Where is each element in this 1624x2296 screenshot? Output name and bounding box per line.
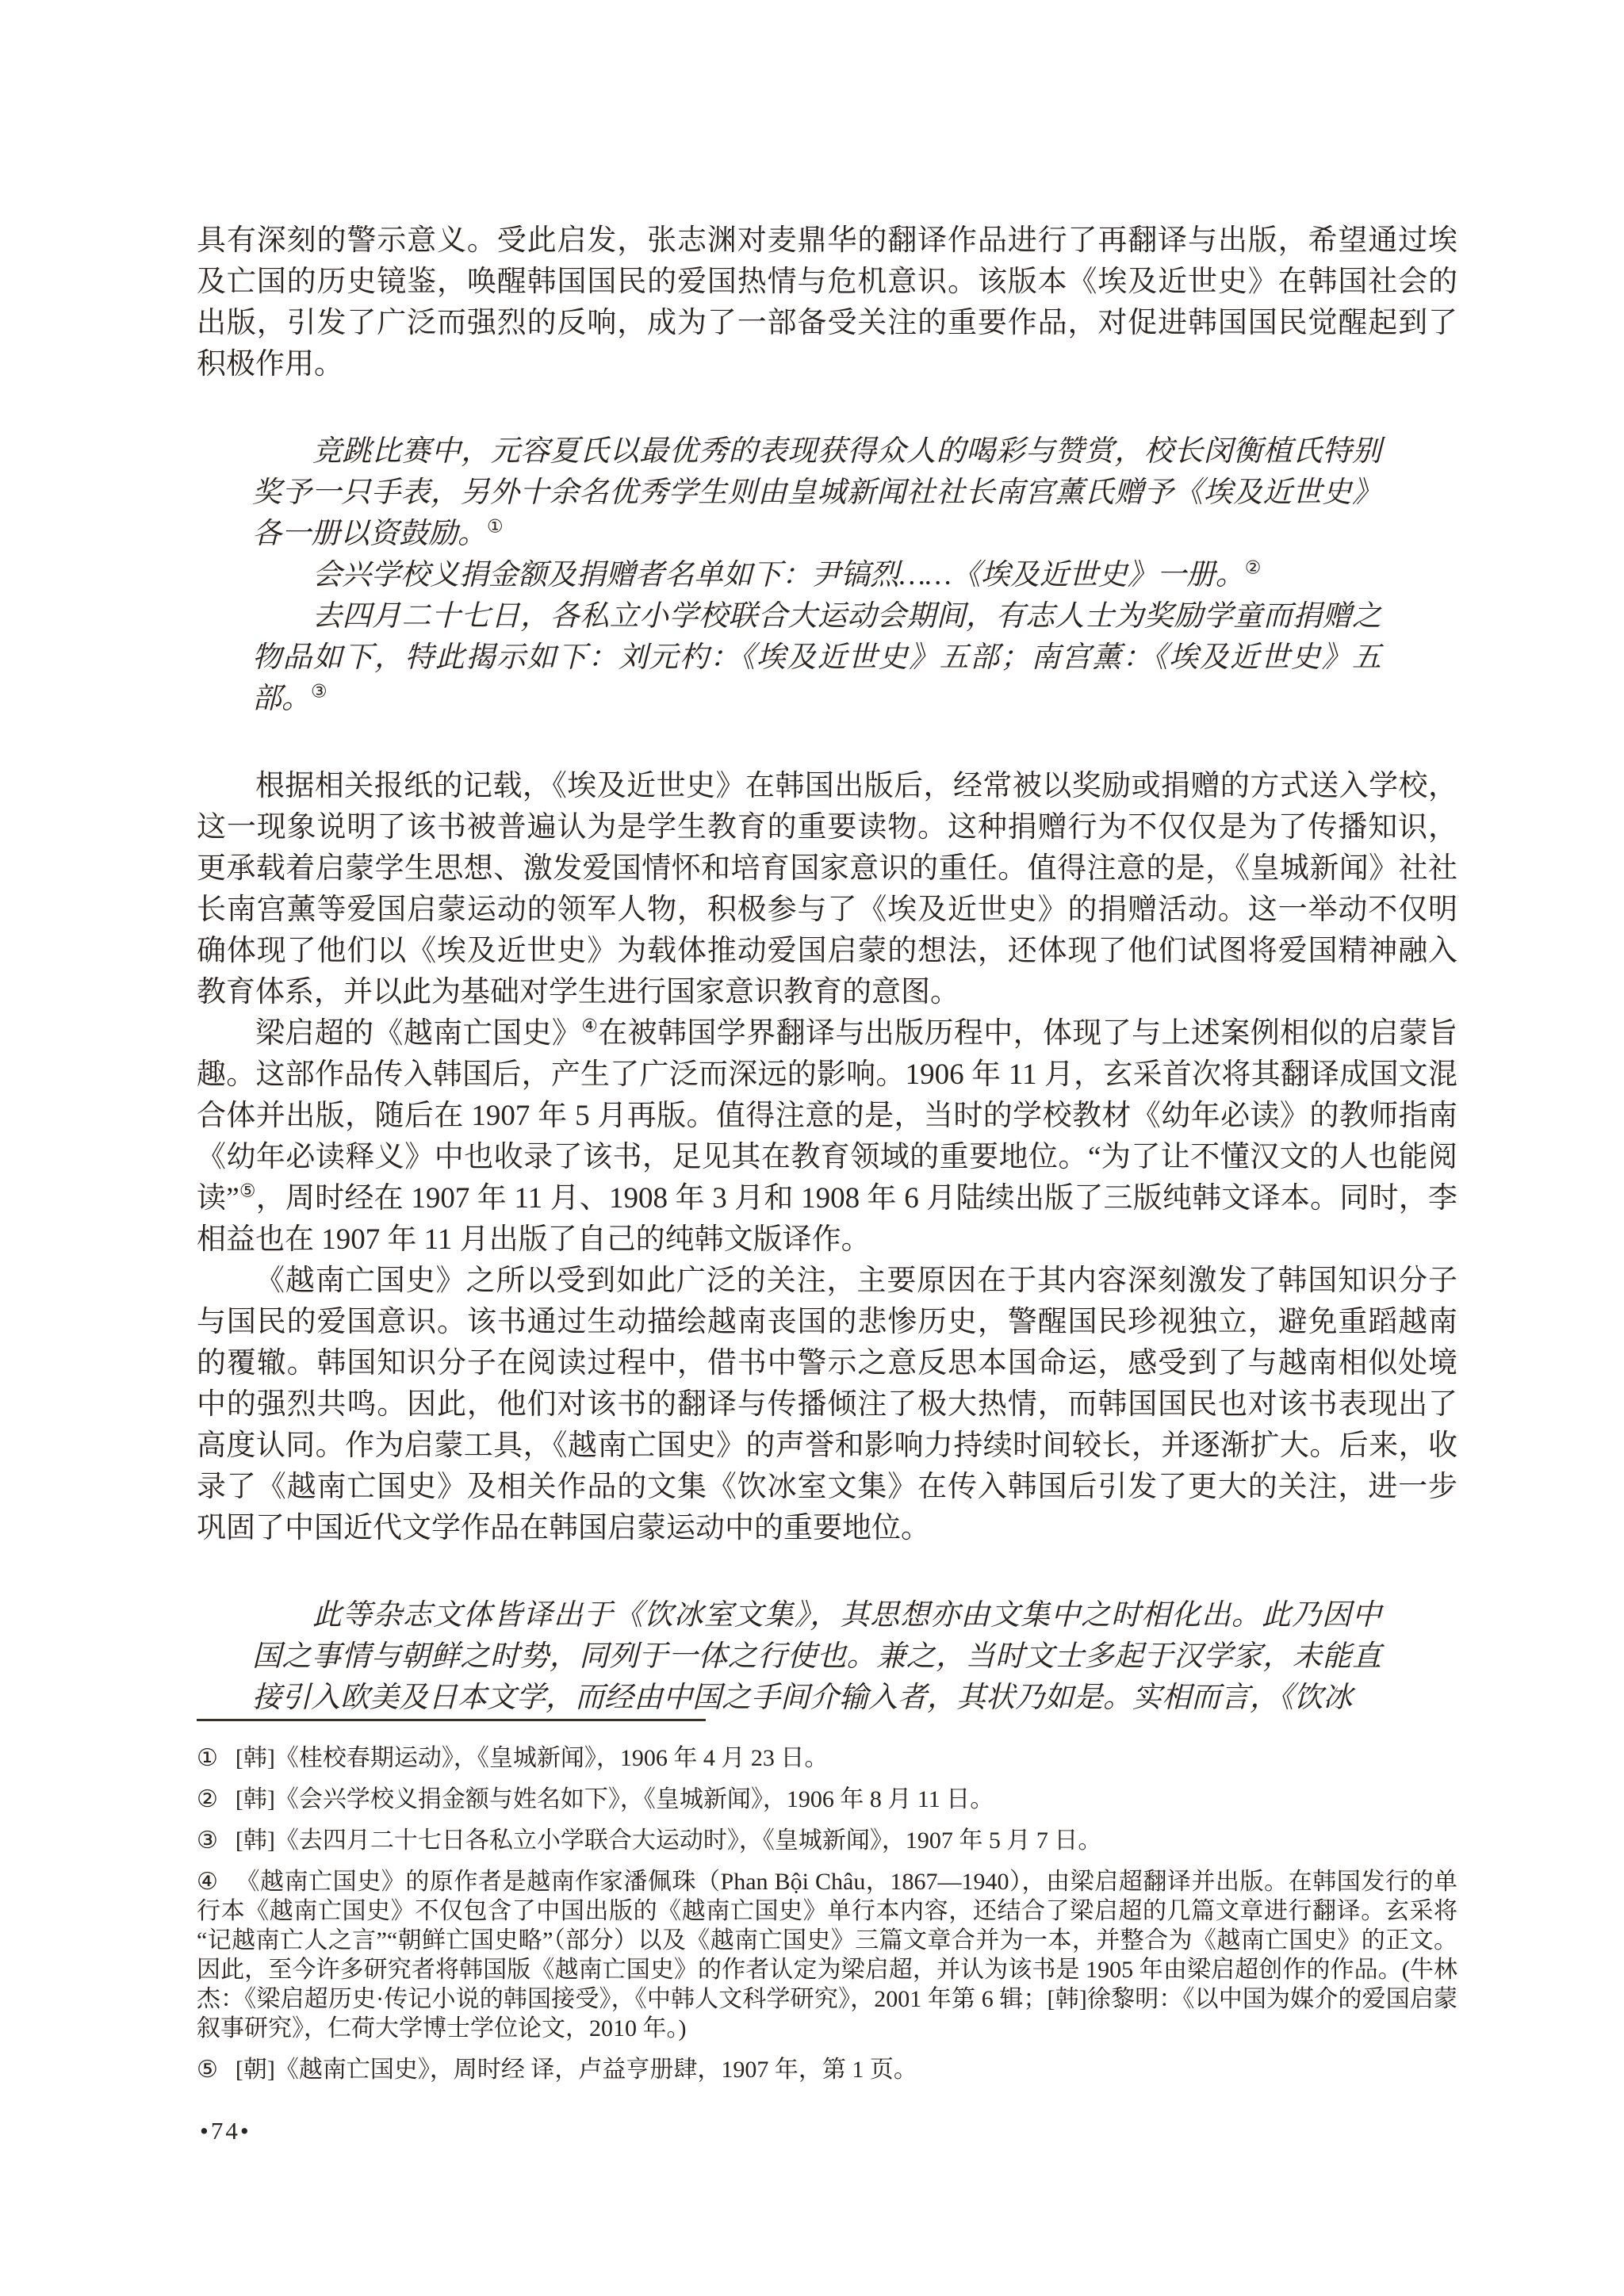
page-body-text: 具有深刻的警示意义。受此启发，张志渊对麦鼎华的翻译作品进行了再翻译与出版，希望通… (197, 220, 1457, 1765)
footnote-item: ①[韩]《桂校春期运动》，《皇城新闻》，1906 年 4 月 23 日。 (197, 1743, 1457, 1773)
footnote-number: ① (197, 1745, 218, 1771)
footnote-text: [韩]《会兴学校义捐金额与姓名如下》，《皇城新闻》，1906 年 8 月 11 … (236, 1786, 994, 1812)
footnote-item: ②[韩]《会兴学校义捐金额与姓名如下》，《皇城新闻》，1906 年 8 月 11… (197, 1785, 1457, 1814)
quote-paragraph: 此等杂志文体皆译出于《饮冰室文集》，其思想亦由文集中之时相化出。此乃因中国之事情… (252, 1595, 1381, 1719)
footnote-ref-1: ① (487, 517, 504, 537)
paragraph-text: ，周时经在 1907 年 11 月、1908 年 3 月和 1908 年 6 月… (197, 1182, 1457, 1256)
footnote-item: ⑤[朝]《越南亡国史》，周时经 译，卢益亨册肆，1907 年，第 1 页。 (197, 2055, 1457, 2084)
footnote-text: [朝]《越南亡国史》，周时经 译，卢益亨册肆，1907 年，第 1 页。 (236, 2057, 917, 2083)
paragraph-vietnam-history: 《越南亡国史》之所以受到如此广泛的关注，主要原因在于其内容深刻激发了韩国知识分子… (197, 1261, 1457, 1549)
quote-paragraph: 去四月二十七日，各私立小学校联合大运动会期间，有志人士为奖励学童而捐赠之物品如下… (252, 596, 1381, 720)
footnote-number: ⑤ (197, 2057, 218, 2083)
blockquote-egypt-history: 竞跳比赛中，元容夏氏以最优秀的表现获得众人的喝彩与赞赏，校长闵衡植氏特别奖予一只… (197, 431, 1381, 720)
footnote-text: [韩]《去四月二十七日各私立小学联合大运动时》，《皇城新闻》，1907 年 5 … (236, 1827, 1101, 1854)
quote-text: 竞跳比赛中，元容夏氏以最优秀的表现获得众人的喝彩与赞赏，校长闵衡植氏特别奖予一只… (252, 435, 1381, 550)
quote-paragraph: 会兴学校义捐金额及捐赠者名单如下：尹镐烈……《埃及近世史》一册。② (252, 555, 1381, 596)
footnote-number: ④ (197, 1869, 218, 1895)
footnote-ref-5: ⑤ (239, 1181, 256, 1201)
footnote-separator-rule (197, 1719, 706, 1721)
paragraph-newspaper-records: 根据相关报纸的记载，《埃及近世史》在韩国出版后，经常被以奖励或捐赠的方式送入学校… (197, 766, 1457, 1013)
quote-text: 去四月二十七日，各私立小学校联合大运动会期间，有志人士为奖励学童而捐赠之物品如下… (252, 600, 1381, 715)
footnote-number: ③ (197, 1827, 218, 1854)
footnote-number: ② (197, 1786, 218, 1812)
footnote-item: ④《越南亡国史》的原作者是越南作家潘佩珠（Phan Bội Châu，1867—… (197, 1867, 1457, 2043)
quote-text: 会兴学校义捐金额及捐赠者名单如下：尹镐烈……《埃及近世史》一册。 (312, 559, 1245, 591)
footnote-ref-3: ③ (311, 682, 327, 702)
footnote-ref-4: ④ (581, 1016, 598, 1036)
footnote-item: ③[韩]《去四月二十七日各私立小学联合大运动时》，《皇城新闻》，1907 年 5… (197, 1826, 1457, 1855)
paragraph-text: 梁启超的《越南亡国史》 (255, 1017, 581, 1050)
footnotes-section: ①[韩]《桂校春期运动》，《皇城新闻》，1906 年 4 月 23 日。 ②[韩… (197, 1719, 1457, 2084)
paragraph-liang-qichao: 梁启超的《越南亡国史》④在被韩国学界翻译与出版历程中，体现了与上述案例相似的启蒙… (197, 1013, 1457, 1261)
document-page: 具有深刻的警示意义。受此启发，张志渊对麦鼎华的翻译作品进行了再翻译与出版，希望通… (0, 0, 1624, 2296)
paragraph-continuation: 具有深刻的警示意义。受此启发，张志渊对麦鼎华的翻译作品进行了再翻译与出版，希望通… (197, 220, 1457, 385)
quote-paragraph: 竞跳比赛中，元容夏氏以最优秀的表现获得众人的喝彩与赞赏，校长闵衡植氏特别奖予一只… (252, 431, 1381, 555)
footnote-ref-2: ② (1245, 558, 1262, 578)
blockquote-yinbingshi: 此等杂志文体皆译出于《饮冰室文集》，其思想亦由文集中之时相化出。此乃因中国之事情… (197, 1595, 1381, 1719)
footnote-text: [韩]《桂校春期运动》，《皇城新闻》，1906 年 4 月 23 日。 (236, 1745, 828, 1771)
page-number: •74• (200, 2117, 251, 2145)
footnote-text: 《越南亡国史》的原作者是越南作家潘佩珠（Phan Bội Châu，1867—1… (197, 1869, 1457, 2042)
